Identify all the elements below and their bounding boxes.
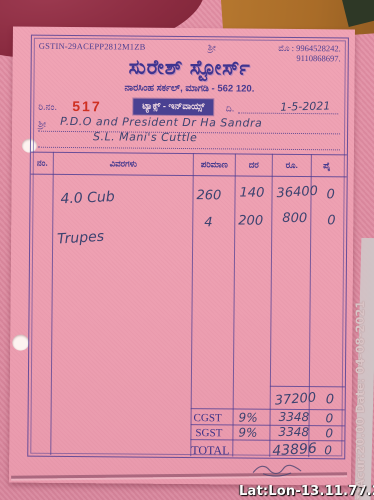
total-ps: 0 (324, 443, 332, 457)
th-rs: ರೂ. (273, 160, 311, 171)
sgst-label: SGST (195, 427, 222, 439)
item1-details: 4.0 Cub (60, 189, 115, 207)
th-rate: ದರ (236, 159, 272, 170)
accuracy-date-overlay-text: **Acur:20.00 Date: 04-08-2021 (353, 244, 367, 500)
date-label: ದಿ. (226, 103, 234, 114)
table-header: ನಂ. ವಿವರಗಳು ಪರಿಮಾಣ ದರ ರೂ. ಪೈ (31, 152, 347, 178)
item1-ps: 0 (326, 187, 334, 202)
item1-rate: 140 (239, 186, 264, 201)
cgst-top-line (191, 408, 345, 410)
sgst-rate: 9% (238, 425, 257, 439)
handwritten-customer-1: P.D.O and President Dr Ha Sandra (60, 115, 262, 130)
total-label: TOTAL (191, 443, 229, 458)
punch-hole-bottom (12, 335, 29, 351)
cgst-rate: 9% (239, 411, 258, 425)
customer-line-2: S.L. Mani's Cuttle (38, 132, 340, 151)
handwritten-date: 1-5-2021 (280, 99, 330, 113)
item2-rs: 800 (282, 211, 307, 226)
subtotal-top-line (270, 386, 345, 388)
column-divider-no (50, 152, 54, 455)
th-details: ವಿವರಗಳು (54, 158, 193, 170)
handwritten-customer-2: S.L. Mani's Cuttle (93, 130, 197, 144)
photo-scene: GSTIN-29ACEPP2812M1ZB ಶ್ರೀ ಮೊ : 99645282… (0, 0, 374, 500)
column-divider-qty (232, 153, 236, 456)
item2-details: Trupes (57, 229, 105, 248)
subtotal-rs: 37200 (274, 390, 316, 408)
cgst-ps: 0 (326, 411, 334, 425)
column-divider-details (190, 153, 194, 456)
store-address: ನಾರಸಿಂಹ ಸರ್ಕಲ್, ಮಾಗಡಿ - 562 120. (31, 82, 347, 96)
cgst-label: CGST (194, 412, 222, 424)
reg-no-value: 517 (72, 98, 101, 114)
th-qty: ಪರಿಮಾಣ (194, 159, 235, 170)
item2-ps: 0 (327, 213, 335, 228)
column-divider-rate (269, 154, 273, 457)
receipt-border-frame: GSTIN-29ACEPP2812M1ZB ಶ್ರೀ ಮೊ : 99645282… (27, 35, 349, 460)
tax-invoice-badge: ಟ್ಯಾಕ್ಸ್ - ಇನ್‌ವಾಯ್ಸ್ (133, 99, 213, 116)
th-no: ನಂ. (32, 158, 53, 169)
item1-rs: 36400 (276, 184, 318, 201)
sgst-top-line (191, 424, 345, 426)
sgst-rs: 3348 (278, 425, 309, 439)
total-rs: 43896 (272, 441, 317, 460)
subtotal-ps: 0 (326, 392, 334, 407)
store-name: ಸುರೇಶ್ ಸ್ಟೋರ್ಸ್ (32, 56, 348, 82)
item2-qty: 4 (204, 215, 212, 230)
items-table: ನಂ. ವಿವರಗಳು ಪರಿಮಾಣ ದರ ರೂ. ಪೈ 4.0 Cub 260… (28, 152, 347, 459)
phone-label: ಮೊ : (278, 43, 294, 53)
customer-label: ಶ್ರೀ (38, 119, 46, 130)
receipt-paper: GSTIN-29ACEPP2812M1ZB ಶ್ರೀ ಮೊ : 99645282… (9, 27, 355, 486)
cgst-rs: 3348 (279, 410, 310, 424)
reg-no-label: ರಿ.ನಂ. (38, 102, 57, 113)
th-ps: ಪೈ (312, 160, 342, 171)
sgst-ps: 0 (325, 426, 333, 440)
total-top-line (190, 439, 344, 441)
sri-symbol: ಶ್ರೀ (208, 42, 216, 53)
phone-number-1: 9964528242. (296, 43, 341, 53)
item2-rate: 200 (238, 213, 263, 228)
gstin-text: GSTIN-29ACEPP2812M1ZB (39, 41, 146, 52)
signature-squiggle (251, 461, 303, 479)
item1-qty: 260 (196, 188, 221, 203)
